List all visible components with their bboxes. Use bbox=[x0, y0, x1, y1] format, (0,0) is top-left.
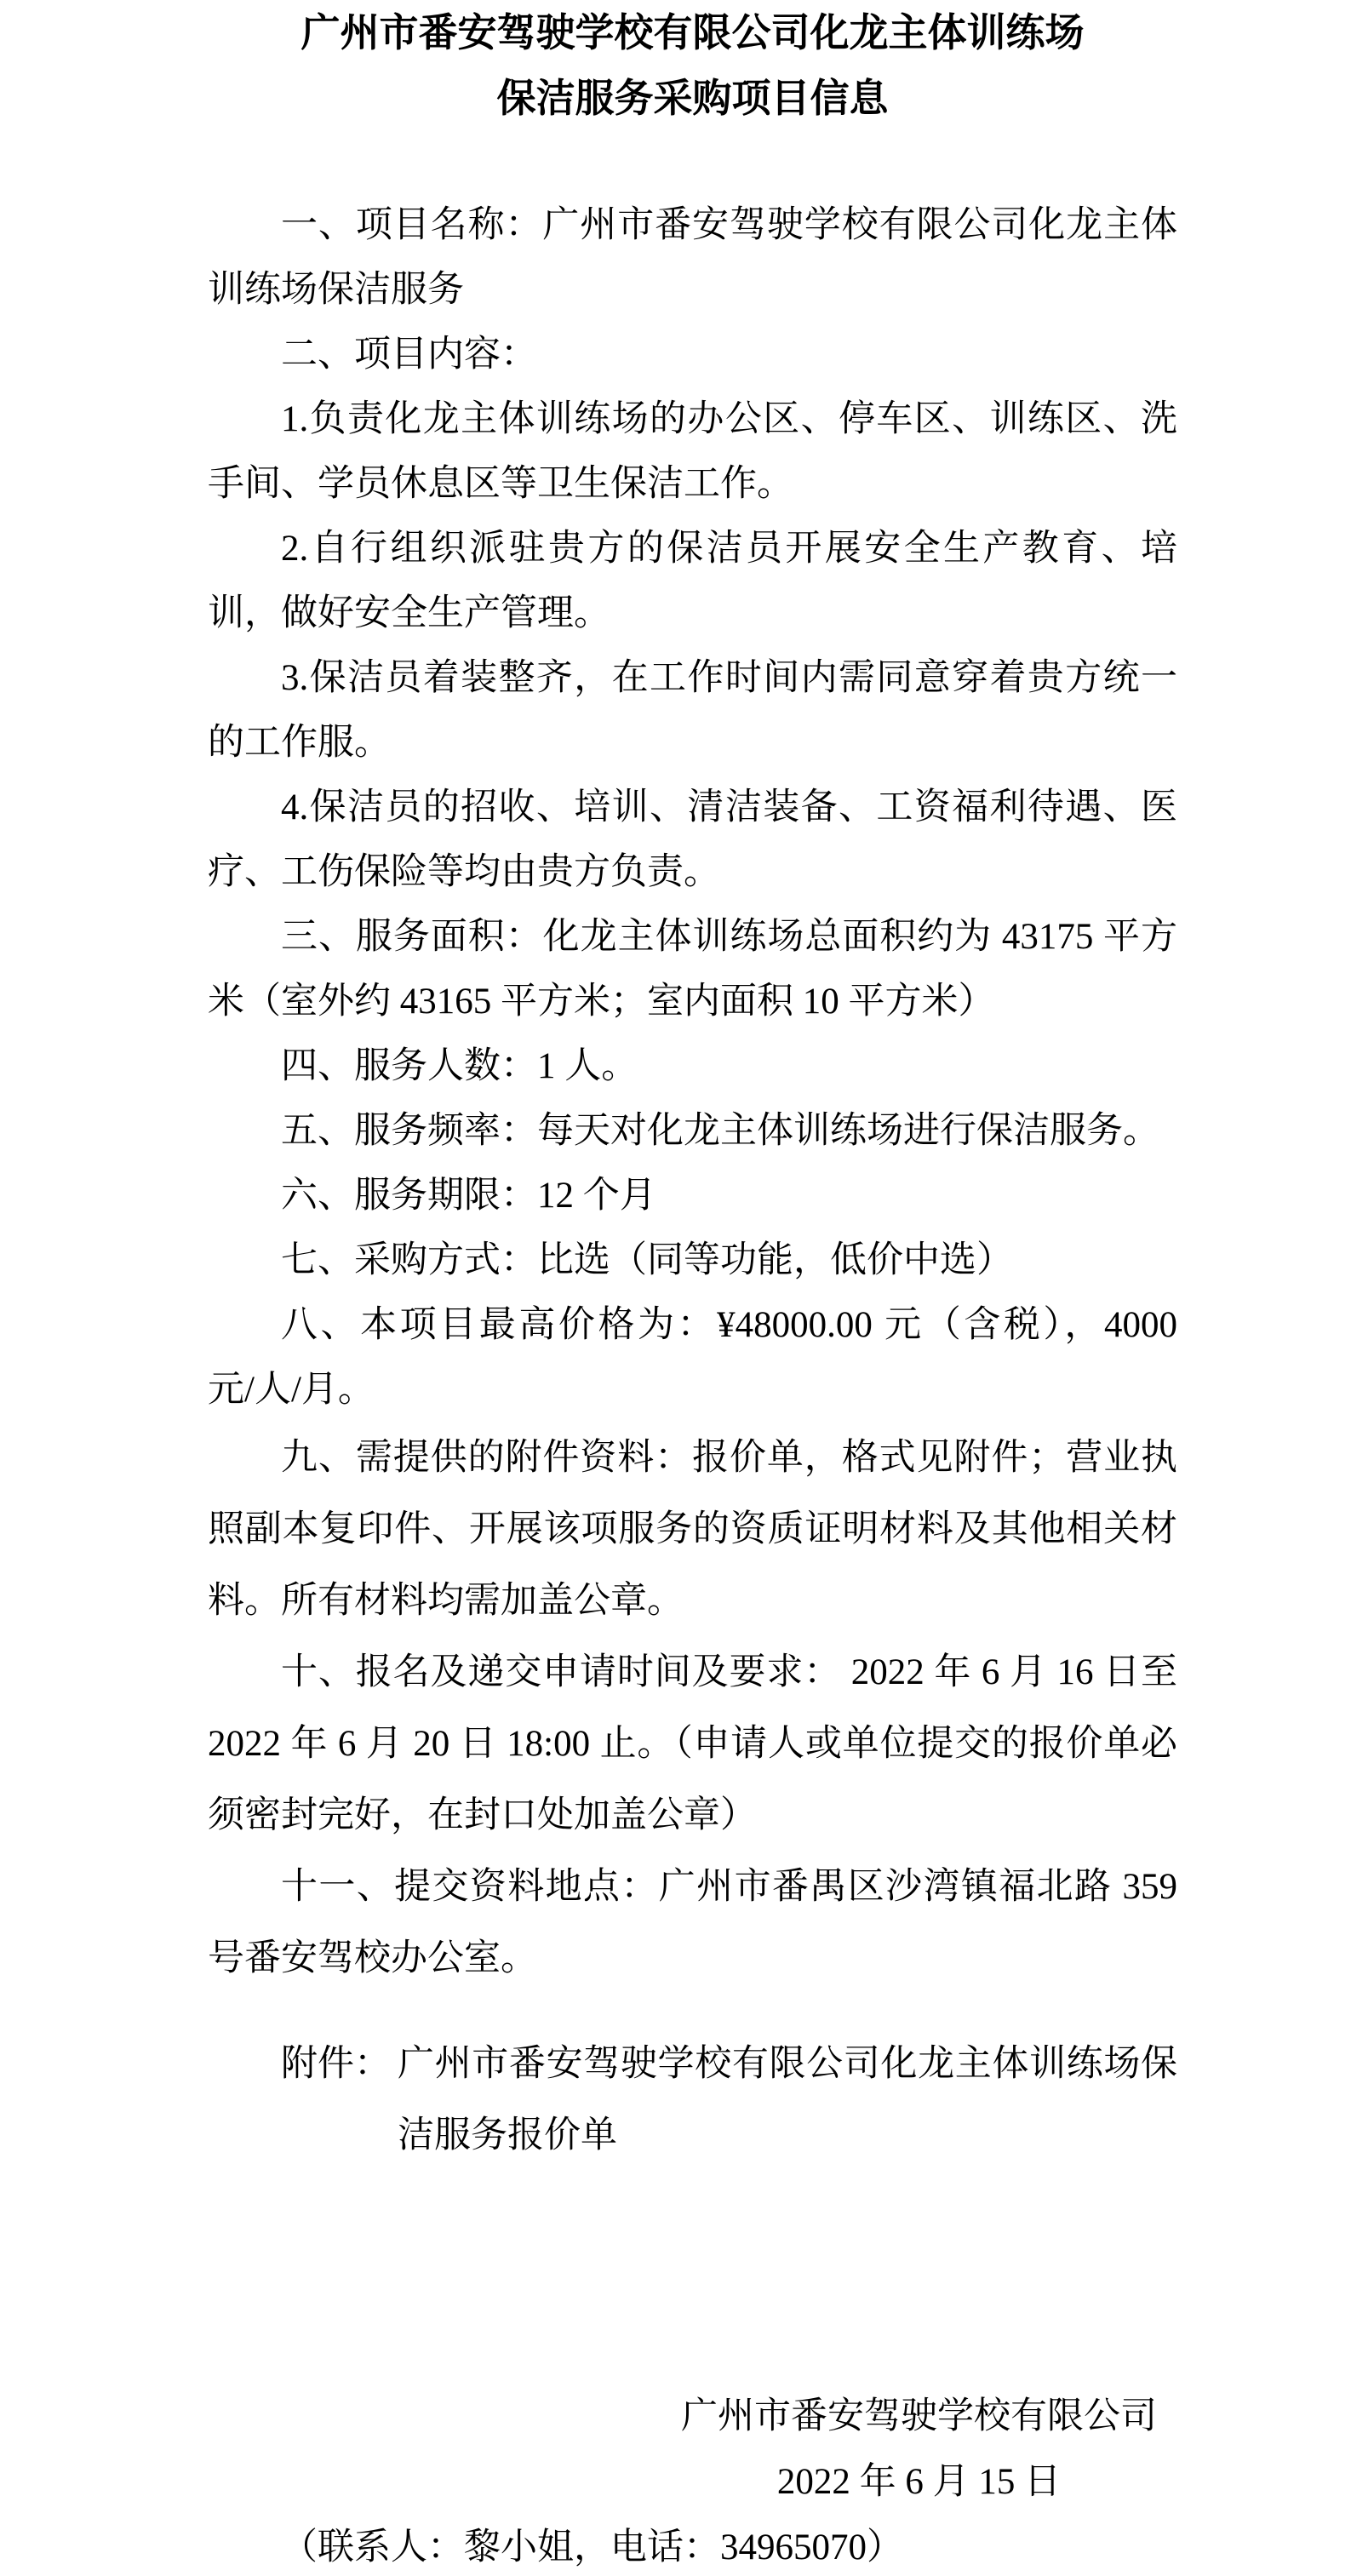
paragraph-application-time: 十、报名及递交申请时间及要求： 2022 年 6 月 16 日至 2022 年 … bbox=[208, 1637, 1177, 1852]
paragraph-max-price: 八、本项目最高价格为：¥48000.00 元（含税），4000 元/人/月。 bbox=[208, 1293, 1177, 1423]
contact-line: （联系人：黎小姐，电话：34965070） bbox=[208, 2515, 1177, 2576]
paragraph-service-frequency: 五、服务频率：每天对化龙主体训练场进行保洁服务。 bbox=[208, 1099, 1177, 1164]
document-title: 广州市番安驾驶学校有限公司化龙主体训练场 保洁服务采购项目信息 bbox=[208, 0, 1177, 131]
document-title-line2: 保洁服务采购项目信息 bbox=[208, 66, 1177, 131]
paragraph-content-item-2: 2.自行组织派驻贵方的保洁员开展安全生产教育、培训，做好安全生产管理。 bbox=[208, 517, 1177, 646]
signature-company: 广州市番安驾驶学校有限公司 bbox=[681, 2384, 1157, 2449]
attachment-text: 广州市番安驾驶学校有限公司化龙主体训练场保洁服务报价单 bbox=[398, 2029, 1177, 2172]
paragraph-service-headcount: 四、服务人数：1 人。 bbox=[208, 1034, 1177, 1099]
attachment-label: 附件： bbox=[281, 2029, 391, 2100]
paragraph-submission-location: 十一、提交资料地点：广州市番禺区沙湾镇福北路 359 号番安驾校办公室。 bbox=[208, 1852, 1177, 1995]
paragraph-content-item-3: 3.保洁员着装整齐，在工作时间内需同意穿着贵方统一的工作服。 bbox=[208, 646, 1177, 776]
paragraph-project-name: 一、项目名称：广州市番安驾驶学校有限公司化龙主体训练场保洁服务 bbox=[208, 193, 1177, 323]
document-page: 广州市番安驾驶学校有限公司化龙主体训练场 保洁服务采购项目信息 一、项目名称：广… bbox=[0, 0, 1351, 2576]
paragraph-procurement-method: 七、采购方式：比选（同等功能，低价中选） bbox=[208, 1228, 1177, 1293]
paragraph-content-item-1: 1.负责化龙主体训练场的办公区、停车区、训练区、洗手间、学员休息区等卫生保洁工作… bbox=[208, 387, 1177, 517]
paragraph-required-documents: 九、需提供的附件资料：报价单，格式见附件；营业执照副本复印件、开展该项服务的资质… bbox=[208, 1423, 1177, 1637]
paragraph-service-area: 三、服务面积：化龙主体训练场总面积约为 43175 平方米（室外约 43165 … bbox=[208, 905, 1177, 1034]
document-title-line1: 广州市番安驾驶学校有限公司化龙主体训练场 bbox=[208, 0, 1177, 66]
signature-block: 广州市番安驾驶学校有限公司 2022 年 6 月 15 日 bbox=[681, 2384, 1157, 2515]
signature-date: 2022 年 6 月 15 日 bbox=[681, 2449, 1157, 2515]
attachment-note: 附件： 广州市番安驾驶学校有限公司化龙主体训练场保洁服务报价单 bbox=[208, 2029, 1177, 2172]
document-body: 一、项目名称：广州市番安驾驶学校有限公司化龙主体训练场保洁服务 二、项目内容： … bbox=[208, 193, 1177, 1995]
paragraph-project-content-heading: 二、项目内容： bbox=[208, 323, 1177, 387]
paragraph-content-item-4: 4.保洁员的招收、培训、清洁装备、工资福利待遇、医疗、工伤保险等均由贵方负责。 bbox=[208, 776, 1177, 905]
paragraph-service-term: 六、服务期限：12 个月 bbox=[208, 1164, 1177, 1228]
